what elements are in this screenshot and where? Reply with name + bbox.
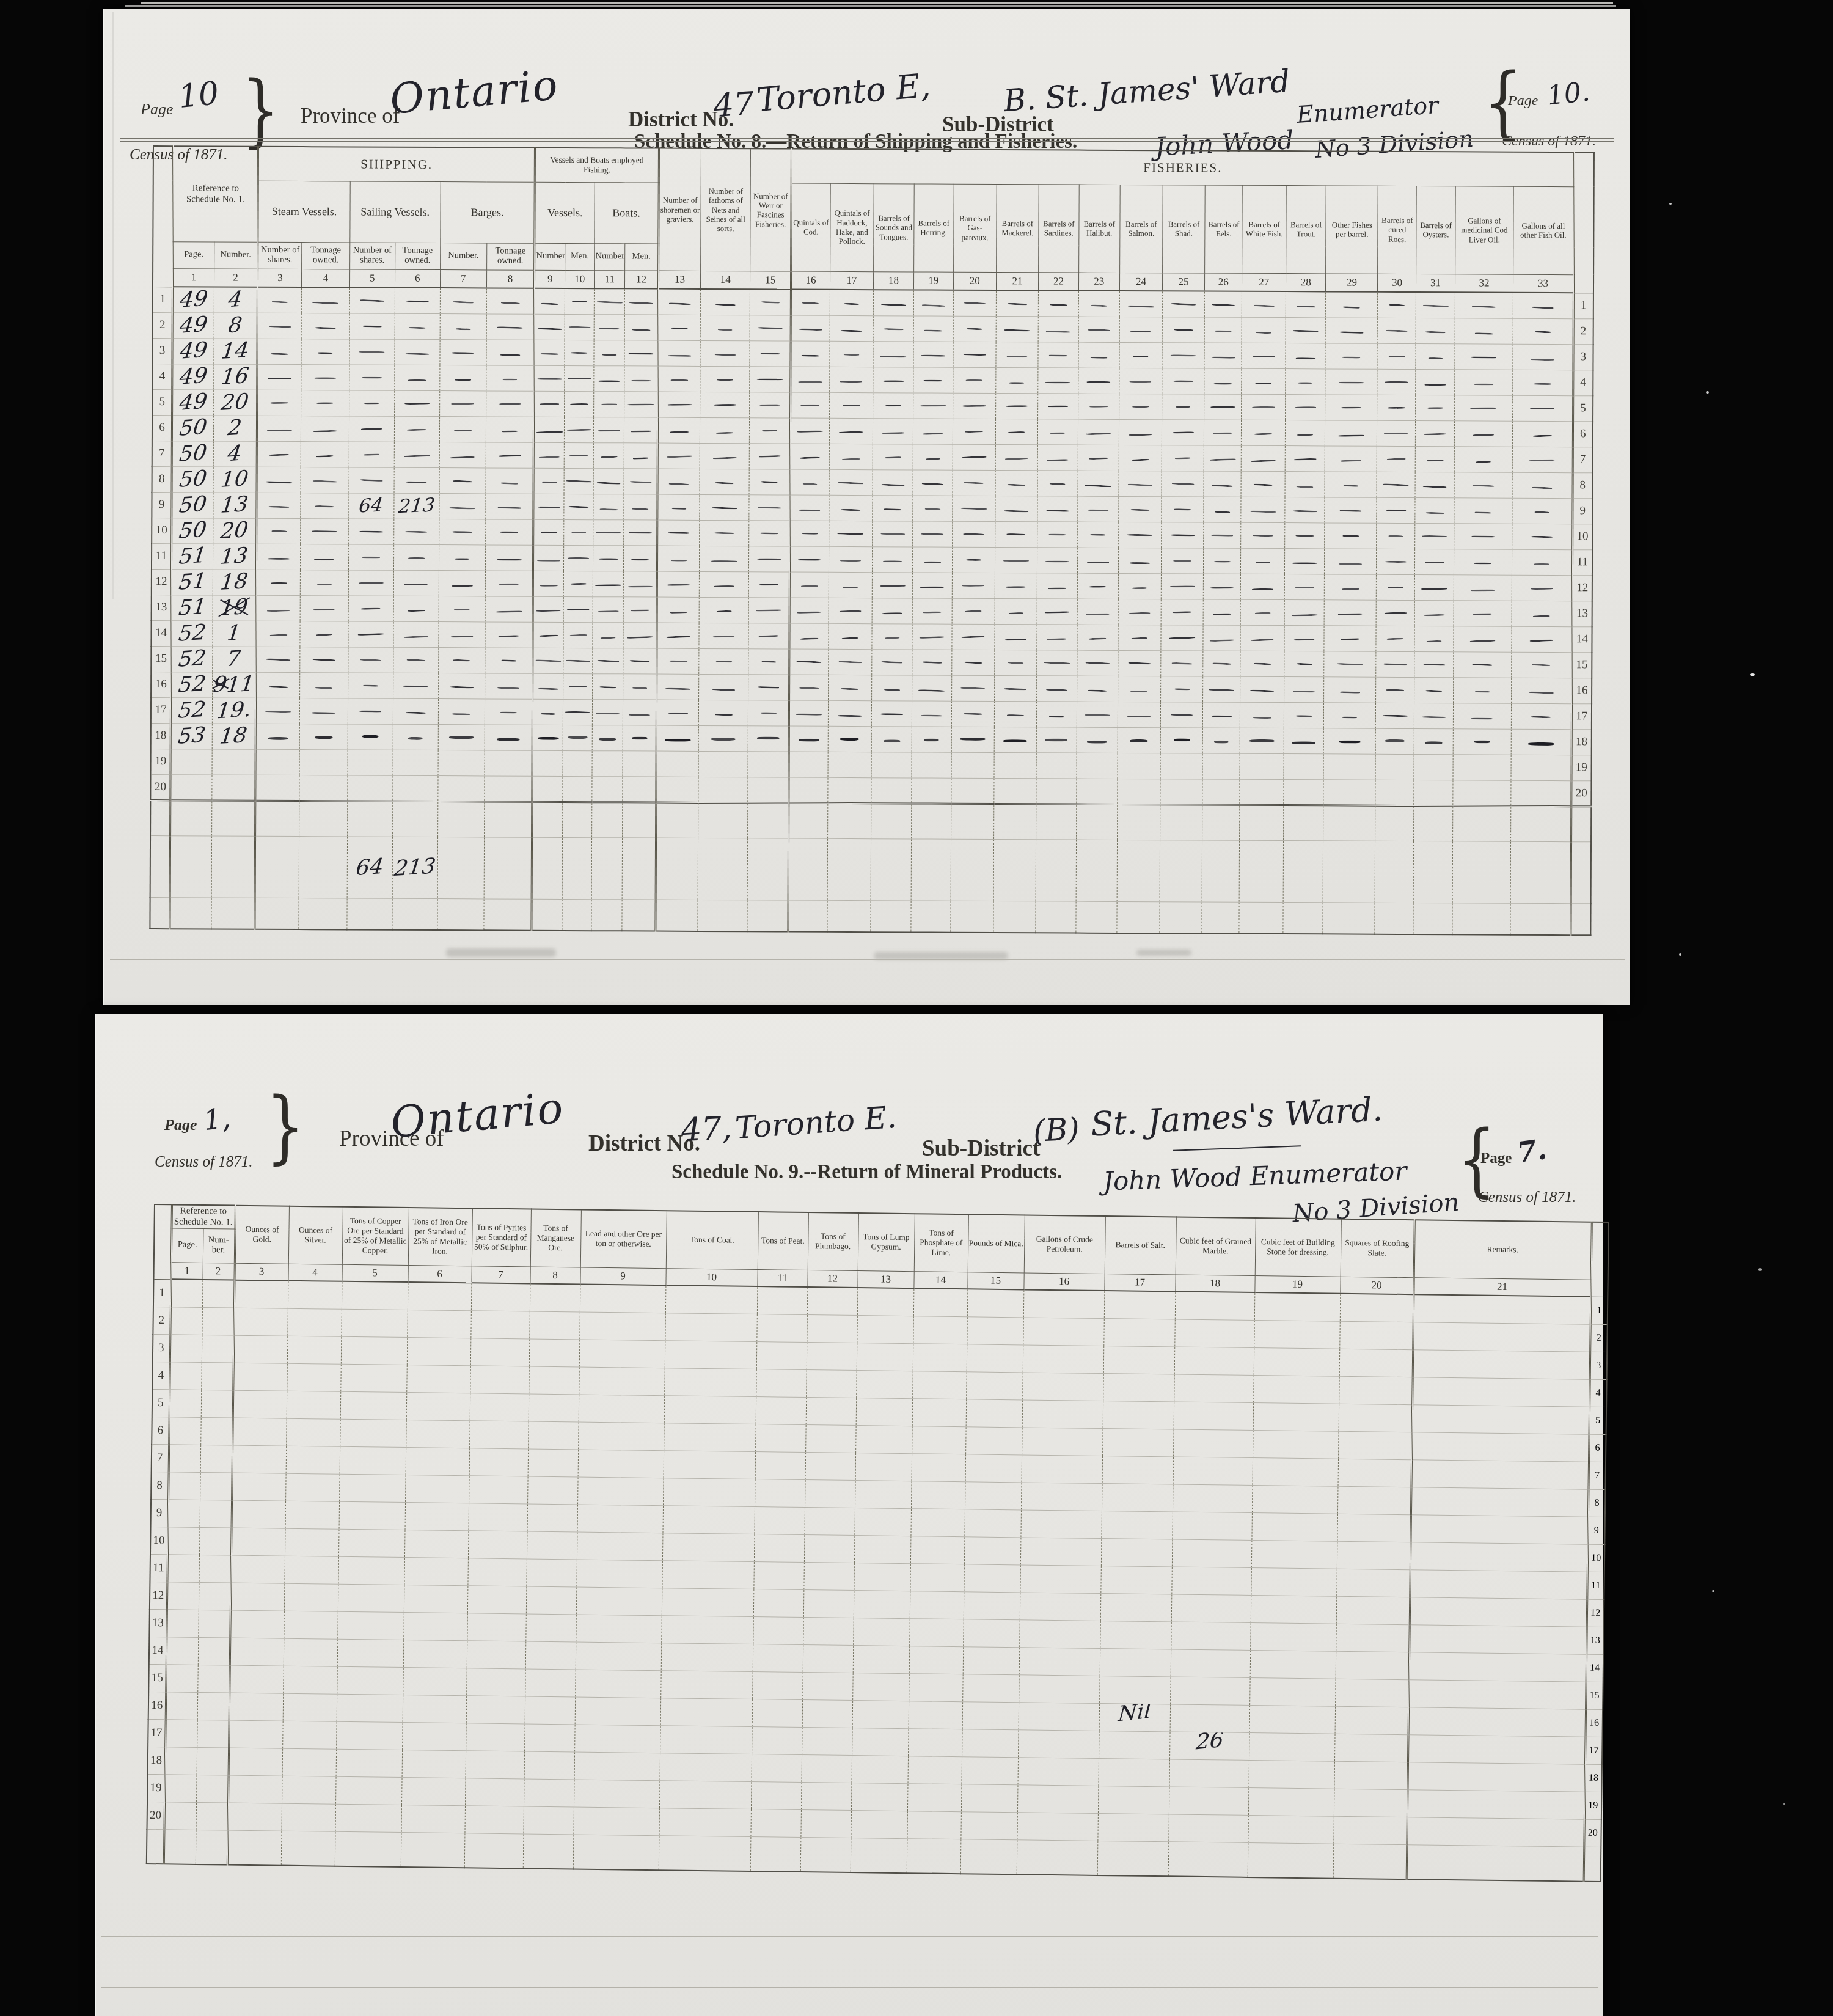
dash-mark bbox=[1471, 407, 1497, 409]
dash-mark bbox=[632, 687, 647, 689]
data-cell bbox=[1202, 805, 1240, 840]
data-cell bbox=[996, 290, 1039, 316]
dash-mark bbox=[1297, 486, 1314, 488]
data-cell bbox=[287, 1391, 341, 1419]
reference-banner: Reference to Schedule No. 1. bbox=[173, 146, 258, 242]
dash-mark bbox=[541, 532, 557, 533]
data-cell bbox=[395, 313, 440, 339]
data-cell bbox=[961, 1784, 1018, 1812]
column-header: Gallons of medicinal Cod Liver Oil. bbox=[1455, 186, 1513, 274]
data-cell bbox=[1254, 1292, 1341, 1321]
data-cell bbox=[394, 365, 439, 390]
dash-mark bbox=[962, 585, 984, 587]
dash-mark bbox=[1531, 359, 1554, 361]
dash-mark bbox=[566, 659, 590, 662]
data-cell bbox=[565, 340, 594, 365]
data-cell bbox=[1377, 523, 1415, 549]
data-cell bbox=[1161, 548, 1204, 573]
data-cell bbox=[1118, 599, 1161, 625]
data-cell bbox=[301, 467, 349, 493]
data-cell bbox=[438, 698, 485, 724]
dash-mark bbox=[453, 301, 474, 304]
dash-mark bbox=[314, 377, 336, 379]
data-cell bbox=[701, 315, 750, 340]
dash-mark bbox=[1130, 509, 1149, 511]
cell-page-ref: 50 bbox=[172, 466, 213, 492]
dash-mark bbox=[840, 381, 863, 383]
data-cell bbox=[1037, 470, 1077, 496]
data-cell bbox=[257, 364, 301, 390]
data-cell bbox=[1408, 1707, 1586, 1737]
dash-mark bbox=[1171, 534, 1195, 537]
data-cell bbox=[349, 416, 394, 441]
data-cell bbox=[1078, 317, 1120, 342]
dash-mark bbox=[1169, 585, 1195, 587]
data-cell bbox=[1204, 548, 1241, 574]
dash-mark bbox=[668, 302, 690, 305]
dash-mark bbox=[537, 560, 560, 562]
dash-mark bbox=[1252, 588, 1273, 590]
data-cell bbox=[1414, 626, 1453, 651]
data-cell bbox=[966, 1399, 1023, 1427]
row-number: 12 bbox=[1572, 575, 1592, 601]
handwritten-entry: 52 bbox=[177, 697, 207, 723]
data-cell bbox=[659, 1780, 752, 1809]
data-cell bbox=[1250, 1650, 1336, 1679]
data-cell bbox=[1077, 522, 1119, 548]
data-cell bbox=[591, 899, 622, 931]
dash-mark bbox=[404, 403, 430, 405]
dash-mark bbox=[1425, 690, 1442, 692]
dash-mark bbox=[1173, 611, 1192, 614]
data-cell bbox=[911, 1481, 965, 1509]
data-cell bbox=[484, 898, 532, 930]
dash-mark bbox=[842, 458, 860, 461]
dash-mark bbox=[499, 635, 519, 637]
dash-mark bbox=[595, 584, 621, 586]
data-cell bbox=[1285, 548, 1325, 574]
column-header: Tons of Pyrites per Standard of 50% of S… bbox=[472, 1208, 531, 1266]
data-cell bbox=[852, 1755, 909, 1783]
data-cell bbox=[662, 1533, 755, 1561]
dash-mark bbox=[312, 712, 335, 714]
census-label: Census of 1871. bbox=[155, 1154, 252, 1171]
data-cell bbox=[395, 288, 440, 313]
dash-mark bbox=[758, 507, 781, 509]
data-cell bbox=[564, 571, 593, 596]
table-body: 1494124982349143449164549205650267504785… bbox=[150, 287, 1593, 935]
dash-mark bbox=[569, 686, 587, 688]
data-cell bbox=[1286, 420, 1325, 445]
cell-page-ref: 52 bbox=[171, 620, 213, 646]
ink-smudge bbox=[1136, 950, 1191, 956]
data-cell bbox=[1513, 447, 1573, 472]
data-cell bbox=[967, 1316, 1023, 1344]
data-cell bbox=[622, 837, 656, 899]
dash-mark bbox=[1383, 663, 1407, 666]
data-cell bbox=[1284, 753, 1323, 779]
data-cell bbox=[829, 392, 873, 418]
dash-mark bbox=[1295, 406, 1316, 408]
dash-mark bbox=[496, 610, 522, 613]
data-cell bbox=[579, 1340, 665, 1368]
dash-mark bbox=[923, 611, 941, 614]
data-cell bbox=[467, 1585, 527, 1613]
dash-mark bbox=[272, 301, 288, 304]
dash-mark bbox=[599, 508, 618, 511]
data-cell bbox=[1376, 703, 1414, 728]
data-cell bbox=[438, 724, 485, 750]
data-cell bbox=[913, 1343, 967, 1371]
data-cell bbox=[828, 726, 872, 752]
data-cell bbox=[1036, 752, 1076, 778]
dash-mark bbox=[1254, 662, 1271, 665]
data-cell bbox=[1036, 727, 1076, 752]
data-cell bbox=[170, 835, 211, 897]
row-number: 20 bbox=[1571, 780, 1591, 806]
data-cell bbox=[230, 1583, 285, 1611]
dash-mark bbox=[362, 376, 382, 378]
dash-mark bbox=[497, 326, 523, 329]
dash-mark bbox=[1256, 562, 1270, 563]
handwritten-entry: 49 bbox=[178, 364, 208, 389]
column-number: 15 bbox=[750, 271, 791, 289]
dash-mark bbox=[629, 481, 651, 483]
data-cell bbox=[1119, 496, 1162, 522]
data-cell bbox=[1248, 1760, 1334, 1789]
data-cell bbox=[594, 391, 624, 417]
dust-speck bbox=[1679, 953, 1681, 956]
data-cell bbox=[563, 725, 593, 750]
row-number: 13 bbox=[1572, 601, 1592, 626]
dash-mark bbox=[1212, 662, 1231, 665]
data-cell bbox=[300, 595, 348, 621]
data-cell bbox=[393, 750, 438, 775]
data-cell bbox=[301, 313, 349, 339]
data-cell bbox=[300, 621, 348, 647]
data-cell bbox=[201, 1390, 233, 1418]
data-cell bbox=[1412, 1377, 1590, 1407]
column-header: Tons of Coal. bbox=[666, 1211, 758, 1269]
data-cell bbox=[665, 1285, 758, 1314]
data-cell bbox=[257, 570, 301, 595]
data-cell bbox=[1117, 840, 1160, 901]
dash-mark bbox=[1424, 384, 1446, 386]
data-cell bbox=[1251, 1540, 1337, 1569]
data-cell bbox=[257, 493, 301, 518]
column-number: 23 bbox=[1078, 273, 1120, 291]
data-cell bbox=[1077, 573, 1119, 599]
data-cell bbox=[577, 1505, 663, 1533]
data-cell bbox=[577, 1532, 663, 1561]
data-cell bbox=[995, 547, 1037, 573]
data-cell bbox=[1119, 342, 1162, 368]
data-cell bbox=[1118, 702, 1160, 727]
data-cell bbox=[1336, 1596, 1410, 1624]
data-cell bbox=[1454, 395, 1513, 420]
data-cell bbox=[1416, 318, 1455, 343]
subdistrict-letter-handwritten: (B) bbox=[1033, 1111, 1081, 1149]
data-cell bbox=[964, 1564, 1020, 1592]
dash-mark bbox=[670, 611, 687, 614]
data-cell bbox=[1408, 1679, 1586, 1709]
dash-mark bbox=[1426, 460, 1443, 462]
dash-mark bbox=[454, 609, 470, 611]
data-cell bbox=[165, 1719, 197, 1747]
data-cell bbox=[469, 1475, 528, 1503]
data-cell bbox=[337, 1611, 404, 1640]
data-cell bbox=[1334, 1761, 1408, 1789]
data-cell bbox=[285, 1528, 339, 1556]
column-header: Quintals of Haddock, Hake, and Pollock. bbox=[830, 183, 874, 271]
data-cell bbox=[1416, 420, 1454, 446]
data-cell bbox=[1408, 1734, 1586, 1764]
data-cell bbox=[301, 339, 349, 364]
data-cell bbox=[1413, 1294, 1591, 1324]
data-cell bbox=[338, 1556, 404, 1585]
dash-mark bbox=[1338, 434, 1364, 437]
data-cell bbox=[524, 1778, 574, 1806]
handwritten-underline bbox=[1173, 1145, 1301, 1151]
row-number: 15 bbox=[1586, 1682, 1603, 1709]
data-cell bbox=[404, 1557, 468, 1585]
dash-mark bbox=[718, 329, 733, 331]
schedule9-page: Page 1, Census of 1871. } Province of On… bbox=[95, 1014, 1603, 2016]
data-cell bbox=[805, 1479, 855, 1508]
data-cell bbox=[748, 751, 789, 777]
dash-mark bbox=[1386, 689, 1405, 691]
row-number: 19 bbox=[1571, 755, 1592, 780]
data-cell bbox=[1415, 497, 1454, 523]
dash-mark bbox=[1174, 508, 1191, 511]
data-cell bbox=[657, 597, 700, 623]
dash-mark bbox=[406, 659, 425, 661]
data-cell bbox=[211, 897, 255, 929]
data-cell bbox=[199, 1527, 232, 1555]
dash-mark bbox=[1342, 588, 1359, 590]
data-cell bbox=[532, 837, 563, 899]
dash-mark bbox=[597, 482, 621, 485]
data-cell bbox=[529, 1366, 579, 1395]
data-cell bbox=[1375, 903, 1413, 934]
data-cell bbox=[338, 1529, 405, 1557]
data-cell bbox=[1250, 1622, 1336, 1651]
column-number: 1 bbox=[173, 268, 214, 287]
dash-mark bbox=[1129, 434, 1152, 436]
data-cell bbox=[830, 315, 874, 341]
dash-mark bbox=[838, 533, 864, 535]
row-number: 12 bbox=[152, 569, 172, 595]
dash-mark bbox=[918, 689, 945, 692]
data-cell bbox=[1022, 1399, 1103, 1428]
dash-mark bbox=[1343, 485, 1358, 487]
data-cell bbox=[1171, 1566, 1251, 1595]
dash-mark bbox=[961, 456, 986, 458]
data-cell bbox=[953, 444, 995, 470]
dash-mark bbox=[313, 658, 335, 661]
data-cell bbox=[1337, 1541, 1411, 1569]
column-header: Barrels of Mackerel. bbox=[996, 184, 1039, 272]
handwritten-entry: 20 bbox=[219, 518, 249, 543]
dash-mark bbox=[406, 300, 429, 303]
data-cell bbox=[856, 1370, 913, 1398]
data-cell bbox=[663, 1478, 755, 1506]
cell-page-ref: 49 bbox=[172, 312, 214, 338]
data-cell bbox=[1202, 902, 1239, 934]
cell-page-ref: 50 bbox=[172, 441, 213, 466]
dash-mark bbox=[627, 403, 654, 405]
data-cell bbox=[625, 288, 659, 314]
data-cell bbox=[407, 1337, 471, 1365]
data-cell bbox=[1242, 317, 1286, 343]
data-cell bbox=[1326, 291, 1378, 317]
dash-mark bbox=[1044, 662, 1070, 665]
data-cell bbox=[1286, 317, 1325, 343]
data-cell bbox=[576, 1559, 662, 1588]
data-cell bbox=[910, 1563, 964, 1591]
row-number-column-header bbox=[1590, 1222, 1608, 1297]
dash-mark bbox=[1529, 459, 1555, 461]
data-cell bbox=[1103, 1373, 1174, 1401]
data-cell bbox=[1414, 780, 1452, 805]
data-cell bbox=[752, 1726, 802, 1754]
data-cell bbox=[565, 314, 594, 340]
data-cell bbox=[1119, 317, 1162, 342]
dash-mark bbox=[269, 505, 290, 508]
dash-mark bbox=[844, 303, 859, 306]
dash-mark bbox=[1050, 304, 1067, 306]
data-cell bbox=[533, 468, 564, 494]
row-number: 11 bbox=[152, 543, 172, 569]
dash-mark bbox=[960, 687, 985, 689]
dash-mark bbox=[360, 299, 384, 302]
dash-mark bbox=[1008, 431, 1025, 434]
dash-mark bbox=[364, 453, 379, 456]
dash-mark bbox=[1213, 613, 1231, 615]
page-label: Page bbox=[141, 100, 173, 119]
data-cell bbox=[257, 518, 301, 544]
column-number: 7 bbox=[471, 1266, 530, 1283]
column-header: Tons of Iron Ore per Standard of 25% of … bbox=[408, 1208, 472, 1266]
row-number: 5 bbox=[1573, 395, 1593, 421]
data-cell bbox=[1037, 496, 1077, 521]
dash-mark bbox=[881, 661, 902, 664]
data-cell bbox=[1416, 446, 1454, 472]
data-cell bbox=[789, 752, 827, 777]
data-cell bbox=[282, 1748, 337, 1776]
data-cell bbox=[339, 1474, 406, 1502]
data-cell bbox=[392, 801, 437, 837]
dash-mark bbox=[497, 507, 521, 509]
data-cell bbox=[485, 570, 533, 596]
group-header: Vessels. bbox=[535, 182, 595, 243]
data-cell bbox=[1323, 753, 1375, 779]
row-number: 4 bbox=[1573, 370, 1593, 395]
column-number: 33 bbox=[1513, 274, 1573, 293]
data-cell bbox=[1241, 574, 1285, 599]
corner-page-number: 10. bbox=[1546, 76, 1592, 111]
data-cell bbox=[789, 623, 828, 649]
data-cell bbox=[229, 1665, 284, 1693]
dash-mark bbox=[671, 560, 687, 562]
data-cell bbox=[1377, 497, 1415, 523]
data-cell bbox=[1285, 445, 1325, 471]
data-cell bbox=[952, 624, 995, 650]
data-cell bbox=[1160, 676, 1203, 702]
data-cell bbox=[1204, 394, 1242, 420]
cell-number-ref: 13 bbox=[213, 492, 257, 518]
data-cell bbox=[1254, 1320, 1340, 1349]
dash-mark bbox=[667, 636, 690, 638]
dash-mark bbox=[1251, 460, 1276, 462]
cell-page-ref: 49 bbox=[172, 389, 214, 415]
dash-mark bbox=[1340, 510, 1362, 512]
dash-mark bbox=[1005, 639, 1026, 641]
dash-mark bbox=[799, 687, 819, 689]
data-cell bbox=[533, 571, 564, 596]
data-cell bbox=[851, 1810, 907, 1838]
dash-mark bbox=[665, 687, 690, 690]
data-cell bbox=[1075, 901, 1117, 933]
data-cell bbox=[747, 838, 789, 900]
data-cell bbox=[909, 1646, 964, 1674]
data-cell bbox=[1377, 446, 1416, 472]
data-cell bbox=[912, 546, 952, 572]
handwritten-entry: 10 bbox=[219, 466, 249, 492]
data-cell bbox=[755, 1451, 806, 1479]
data-cell bbox=[656, 802, 698, 838]
dash-mark bbox=[1091, 304, 1107, 307]
row-number: 7 bbox=[152, 441, 172, 466]
dash-mark bbox=[960, 507, 987, 510]
data-cell bbox=[873, 418, 913, 444]
dash-mark bbox=[1475, 332, 1493, 335]
dash-mark bbox=[1127, 716, 1151, 718]
data-cell bbox=[1336, 1569, 1410, 1597]
dash-mark bbox=[1046, 510, 1069, 512]
dash-mark bbox=[500, 711, 517, 713]
dash-mark bbox=[1535, 331, 1551, 334]
data-cell bbox=[485, 621, 533, 647]
data-cell bbox=[872, 675, 912, 700]
dash-mark bbox=[1253, 356, 1275, 358]
row-number: 10 bbox=[150, 1527, 168, 1554]
dash-mark bbox=[1089, 637, 1107, 640]
dash-mark bbox=[1293, 510, 1317, 513]
cell-page-ref bbox=[170, 774, 212, 800]
handwritten-entry: 2 bbox=[227, 416, 243, 441]
data-cell bbox=[574, 1724, 660, 1753]
handwritten-entry: 52 bbox=[177, 672, 207, 697]
data-cell bbox=[659, 1808, 751, 1836]
data-cell bbox=[1251, 1567, 1337, 1596]
row-number: 8 bbox=[1573, 472, 1593, 498]
dash-mark bbox=[406, 712, 426, 714]
dash-mark bbox=[1128, 483, 1152, 486]
data-cell bbox=[993, 778, 1036, 804]
dash-mark bbox=[1533, 435, 1552, 438]
dash-mark bbox=[405, 531, 427, 533]
data-cell bbox=[229, 1693, 284, 1721]
data-cell bbox=[287, 1336, 342, 1364]
dash-mark bbox=[631, 736, 647, 739]
row-number: 1 bbox=[1590, 1297, 1608, 1324]
data-cell bbox=[791, 315, 830, 341]
row-number: 12 bbox=[150, 1582, 167, 1609]
dash-mark bbox=[1009, 382, 1025, 384]
data-cell bbox=[484, 837, 532, 898]
data-cell bbox=[470, 1393, 529, 1421]
